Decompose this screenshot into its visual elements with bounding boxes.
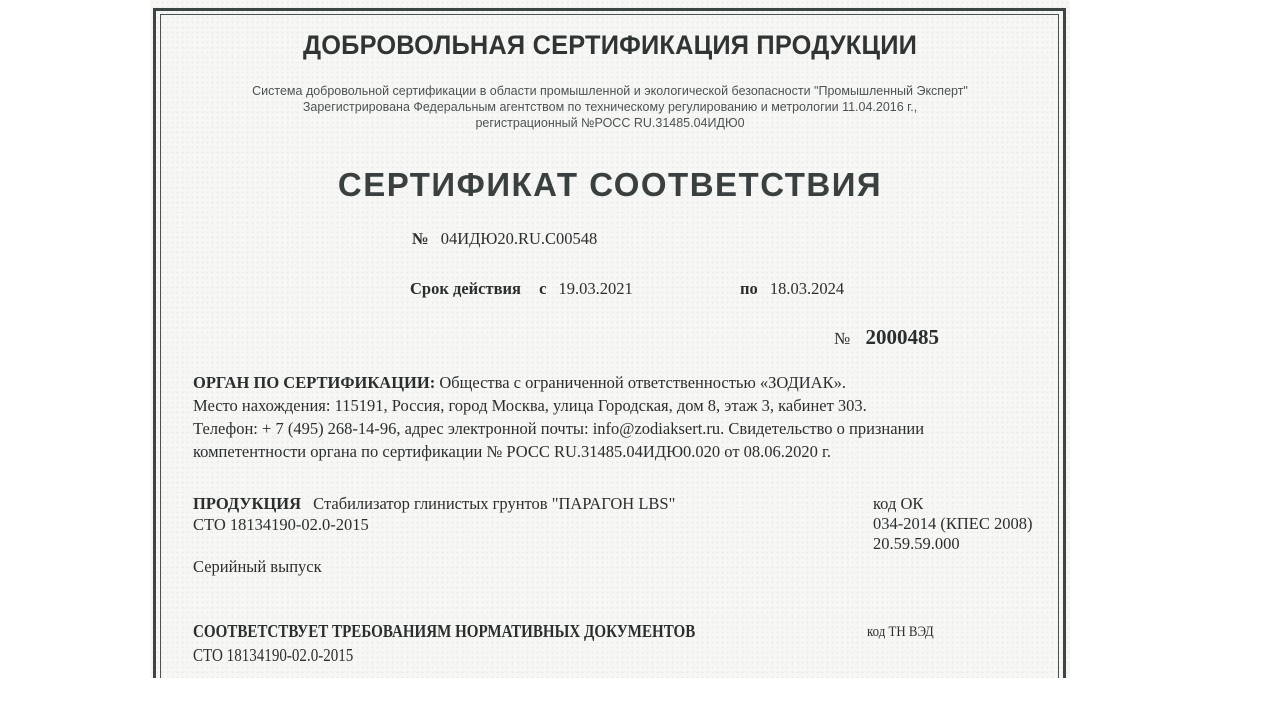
certificate-number: 04ИДЮ20.RU.C00548	[441, 229, 598, 248]
cert-body-line-1: ОРГАН ПО СЕРТИФИКАЦИИ: Общества с ограни…	[193, 373, 846, 393]
cert-body-name: Общества с ограниченной ответственностью…	[439, 373, 846, 392]
form-number-row: № 2000485	[834, 325, 939, 350]
header-title: ДОБРОВОЛЬНАЯ СЕРТИФИКАЦИЯ ПРОДУКЦИИ	[178, 30, 1043, 61]
from-date: 19.03.2021	[559, 279, 633, 298]
number-sign: №	[412, 229, 429, 248]
product-label: ПРОДУКЦИЯ	[193, 494, 301, 513]
compliance-label: СООТВЕТСТВУЕТ ТРЕБОВАНИЯМ НОРМАТИВНЫХ ДО…	[193, 621, 695, 642]
ok-code: 20.59.59.000	[873, 534, 960, 554]
cert-body-accreditation: компетентности органа по сертификации № …	[193, 442, 831, 462]
certificate-scan: ДОБРОВОЛЬНАЯ СЕРТИФИКАЦИЯ ПРОДУКЦИИ Сист…	[150, 0, 1070, 678]
product-line: ПРОДУКЦИЯ Стабилизатор глинистых грунтов…	[193, 494, 675, 514]
product-name: Стабилизатор глинистых грунтов "ПАРАГОН …	[313, 494, 675, 513]
cert-body-contacts: Телефон: + 7 (495) 268-14-96, адрес элек…	[193, 419, 924, 439]
from-label: с	[539, 279, 546, 298]
validity-label: Срок действия	[410, 279, 521, 298]
form-number: 2000485	[865, 325, 939, 349]
product-standard: СТО 18134190-02.0-2015	[193, 515, 369, 535]
system-line-3: регистрационный №РОСС RU.31485.04ИДЮ0	[150, 115, 1070, 131]
certificate-title: СЕРТИФИКАТ СООТВЕТСТВИЯ	[150, 166, 1070, 204]
system-line-1: Система добровольной сертификации в обла…	[150, 83, 1070, 99]
product-release: Серийный выпуск	[193, 557, 322, 577]
ok-code-label: код ОК	[873, 494, 923, 514]
to-date: 18.03.2024	[770, 279, 844, 298]
ok-classifier: 034-2014 (КПЕС 2008)	[873, 514, 1033, 534]
form-number-sign: №	[834, 329, 850, 348]
system-line-2: Зарегистрирована Федеральным агентством …	[150, 99, 1070, 115]
validity-to: по 18.03.2024	[740, 279, 844, 299]
cert-body-address: Место нахождения: 115191, Россия, город …	[193, 396, 867, 416]
validity-row: Срок действия с 19.03.2021	[410, 279, 633, 299]
compliance-standard: СТО 18134190-02.0-2015	[193, 645, 353, 666]
to-label: по	[740, 279, 758, 298]
tnved-label: код ТН ВЭД	[867, 624, 934, 641]
certificate-number-row: № 04ИДЮ20.RU.C00548	[412, 229, 597, 249]
cert-body-label: ОРГАН ПО СЕРТИФИКАЦИИ:	[193, 373, 435, 392]
